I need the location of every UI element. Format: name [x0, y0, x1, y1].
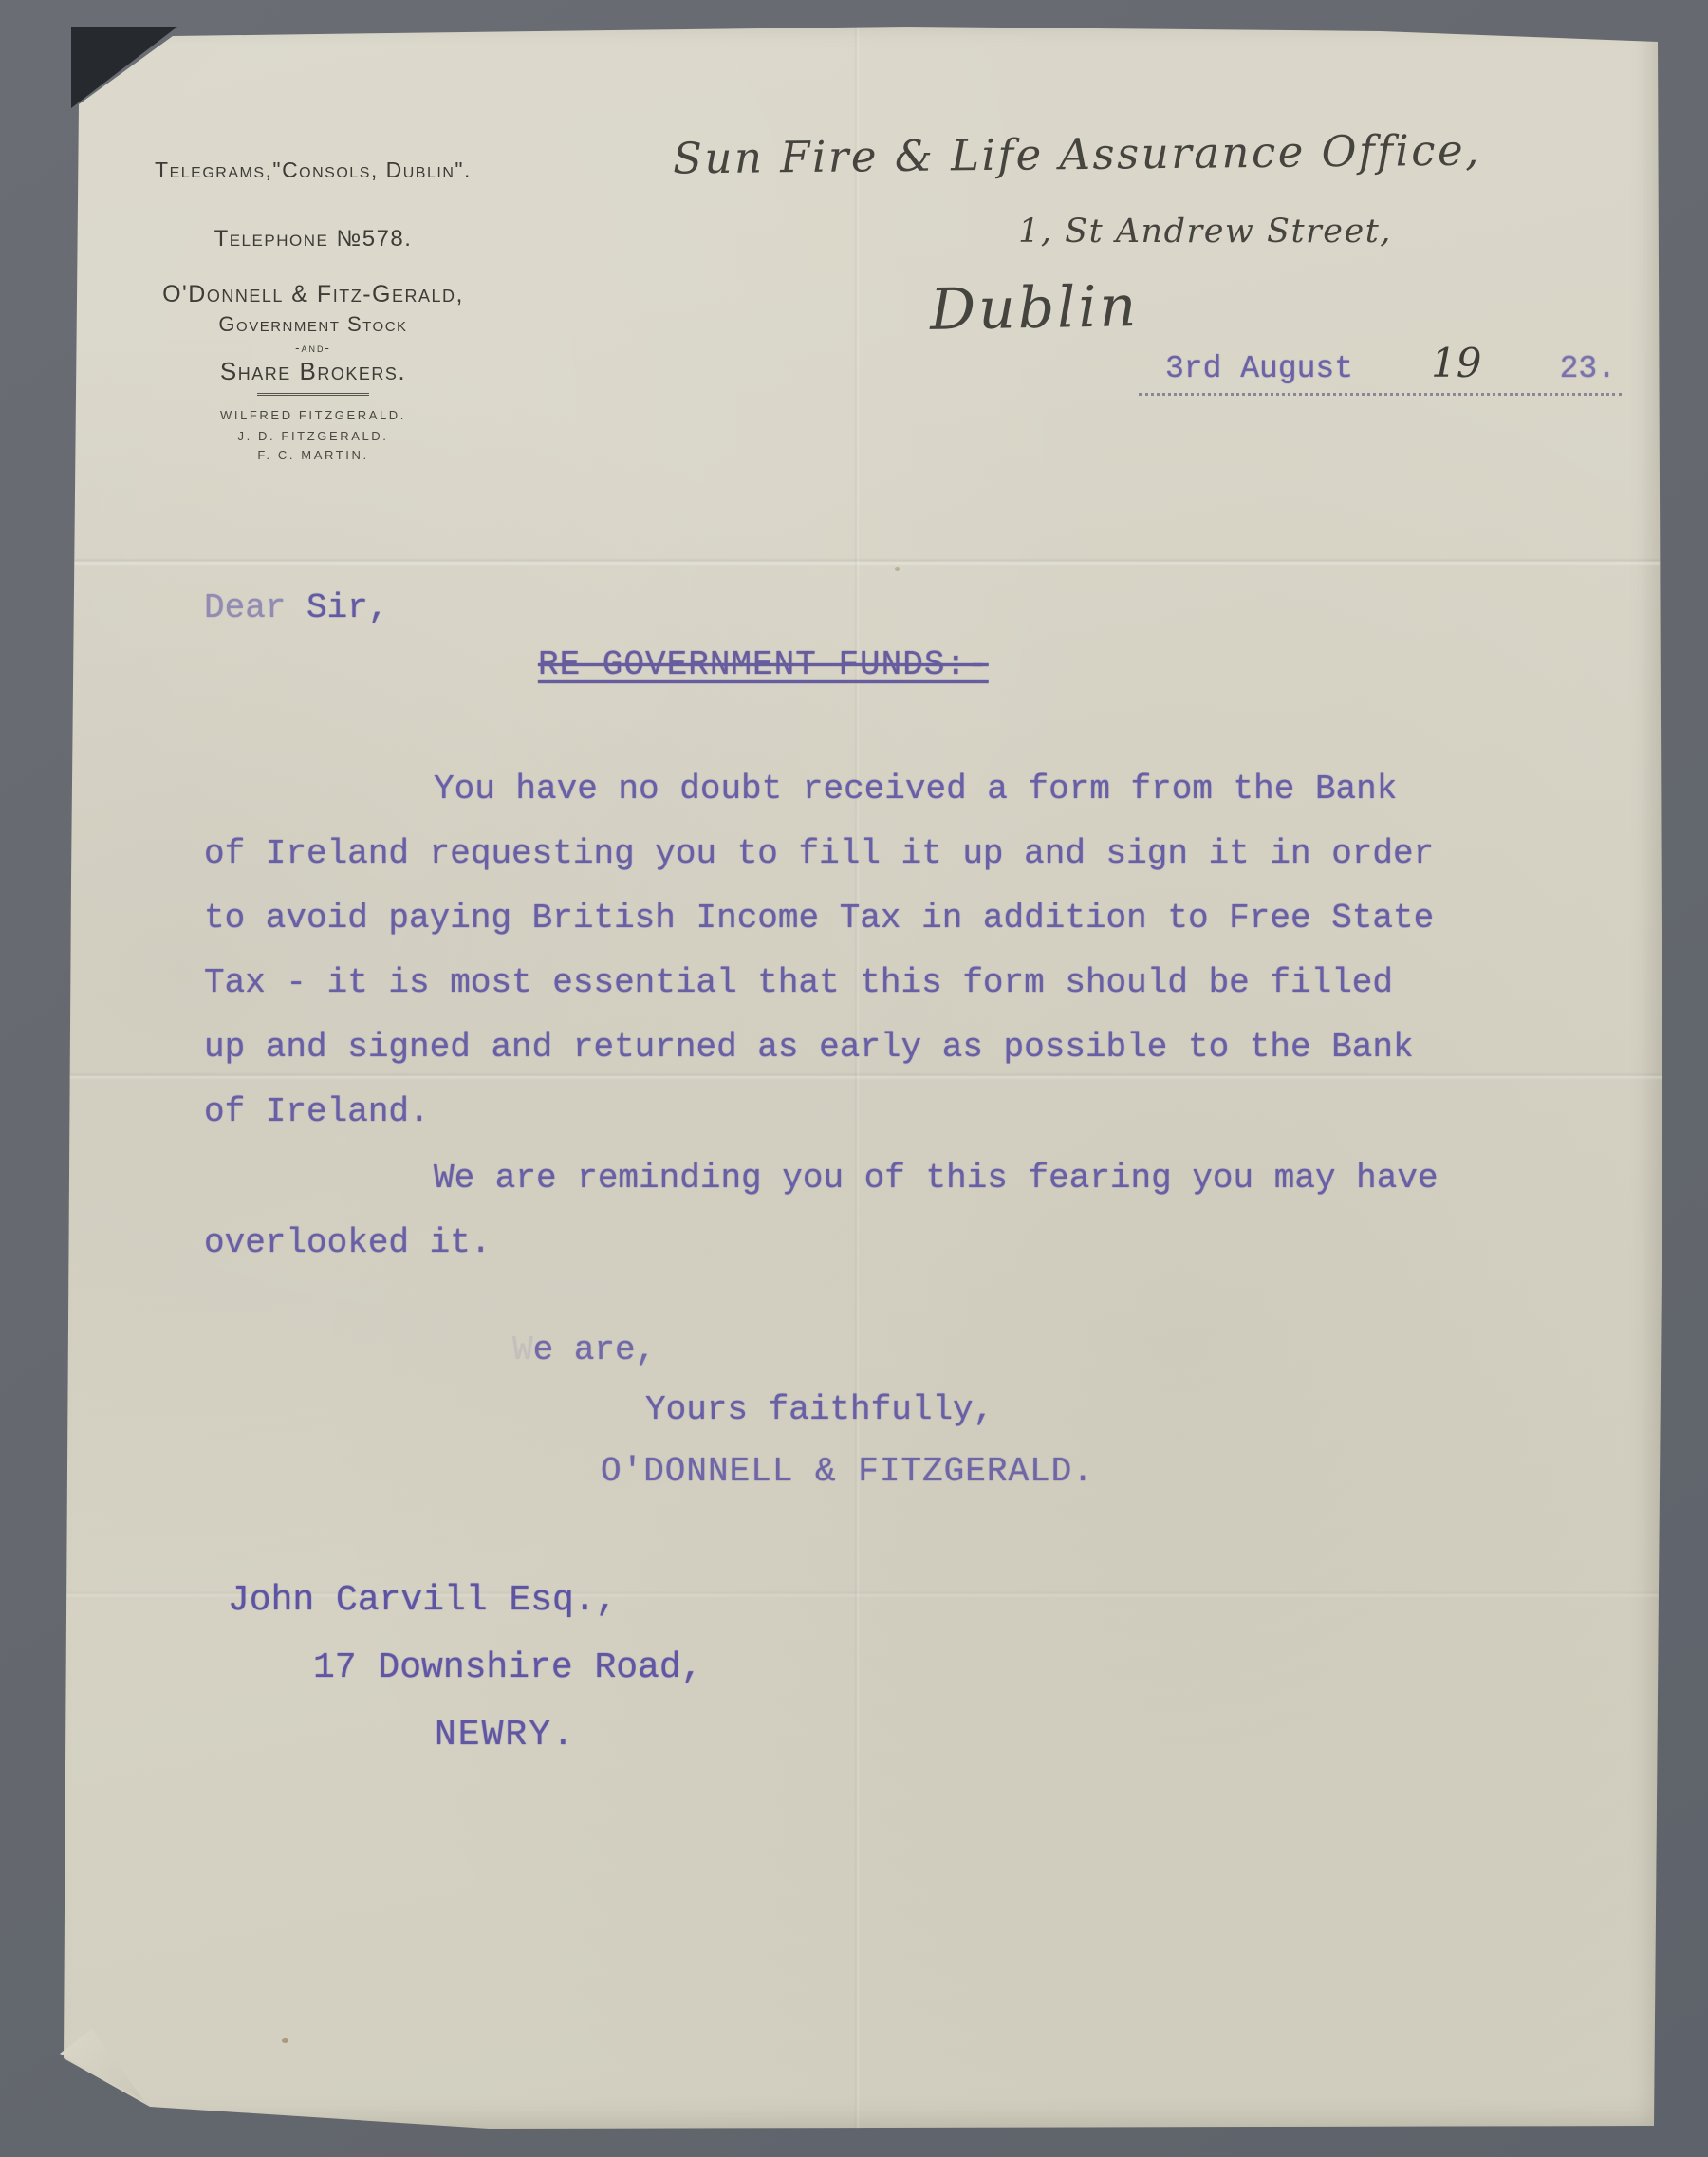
salutation-word-dear: Dear	[204, 588, 306, 627]
date-day-month: 3rd August	[1165, 351, 1353, 386]
partner-name: F. C. MARTIN.	[109, 448, 517, 462]
date-line: 3rd August 19 23.	[1139, 340, 1622, 396]
partner-name: J. D. FITZGERALD.	[109, 429, 517, 443]
scan-background: Telegrams,"Consols, Dublin". Telephone №…	[0, 0, 1708, 2157]
paragraph-1: You have no doubt received a form from t…	[204, 757, 1513, 1144]
firm-business-line1: Government Stock	[109, 312, 517, 337]
body-line: Tax - it is most essential that this for…	[204, 951, 1513, 1015]
paragraph-2: We are reminding you of this fearing you…	[204, 1146, 1513, 1275]
addressee-name: John Carvill Esq.,	[228, 1580, 617, 1621]
firm-business-line2: -and-	[109, 341, 517, 355]
date-year-printed: 19	[1431, 340, 1481, 386]
paper-speck	[282, 2038, 288, 2043]
telephone-line: Telephone №578.	[109, 226, 517, 252]
salutation-word-sir: Sir,	[306, 588, 388, 627]
body-line: up and signed and returned as early as p…	[204, 1015, 1513, 1080]
body-line: to avoid paying British Income Tax in ad…	[204, 886, 1513, 951]
body-line: of Ireland requesting you to fill it up …	[204, 822, 1513, 886]
body-line: of Ireland.	[204, 1080, 1513, 1144]
letter-paper: Telegrams,"Consols, Dublin". Telephone №…	[52, 27, 1662, 2129]
paper-speck	[895, 567, 900, 571]
body-line: overlooked it.	[204, 1211, 1513, 1275]
closing-signature: O'DONNELL & FITZGERALD.	[601, 1452, 1094, 1491]
firm-name: O'Donnell & Fitz-Gerald,	[109, 281, 517, 308]
double-rule	[257, 393, 369, 396]
office-city: Dublin	[929, 273, 1139, 344]
body-line: We are reminding you of this fearing you…	[204, 1146, 1513, 1211]
subject-heading: RE GOVERNMENT FUNDS:-	[538, 645, 989, 684]
addressee-town: NEWRY.	[435, 1715, 576, 1756]
office-name: Sun Fire & Life Assurance Office,	[584, 124, 1570, 185]
closing-faithfully: Yours faithfully,	[645, 1390, 993, 1429]
date-year-typed: 23.	[1560, 351, 1616, 386]
firm-business-line3: Share Brokers.	[109, 357, 517, 386]
closing-faded-w: W	[512, 1330, 533, 1369]
telegrams-line: Telegrams,"Consols, Dublin".	[109, 158, 517, 183]
closing-we-rest: e are,	[533, 1330, 657, 1369]
closing-we-are: We are,	[512, 1330, 656, 1369]
partner-name: WILFRED FITZGERALD.	[109, 408, 517, 422]
office-street: 1, St Andrew Street,	[982, 213, 1428, 251]
salutation: Dear Sir,	[204, 588, 388, 627]
body-line: You have no doubt received a form from t…	[204, 757, 1513, 822]
addressee-street: 17 Downshire Road,	[313, 1647, 702, 1688]
